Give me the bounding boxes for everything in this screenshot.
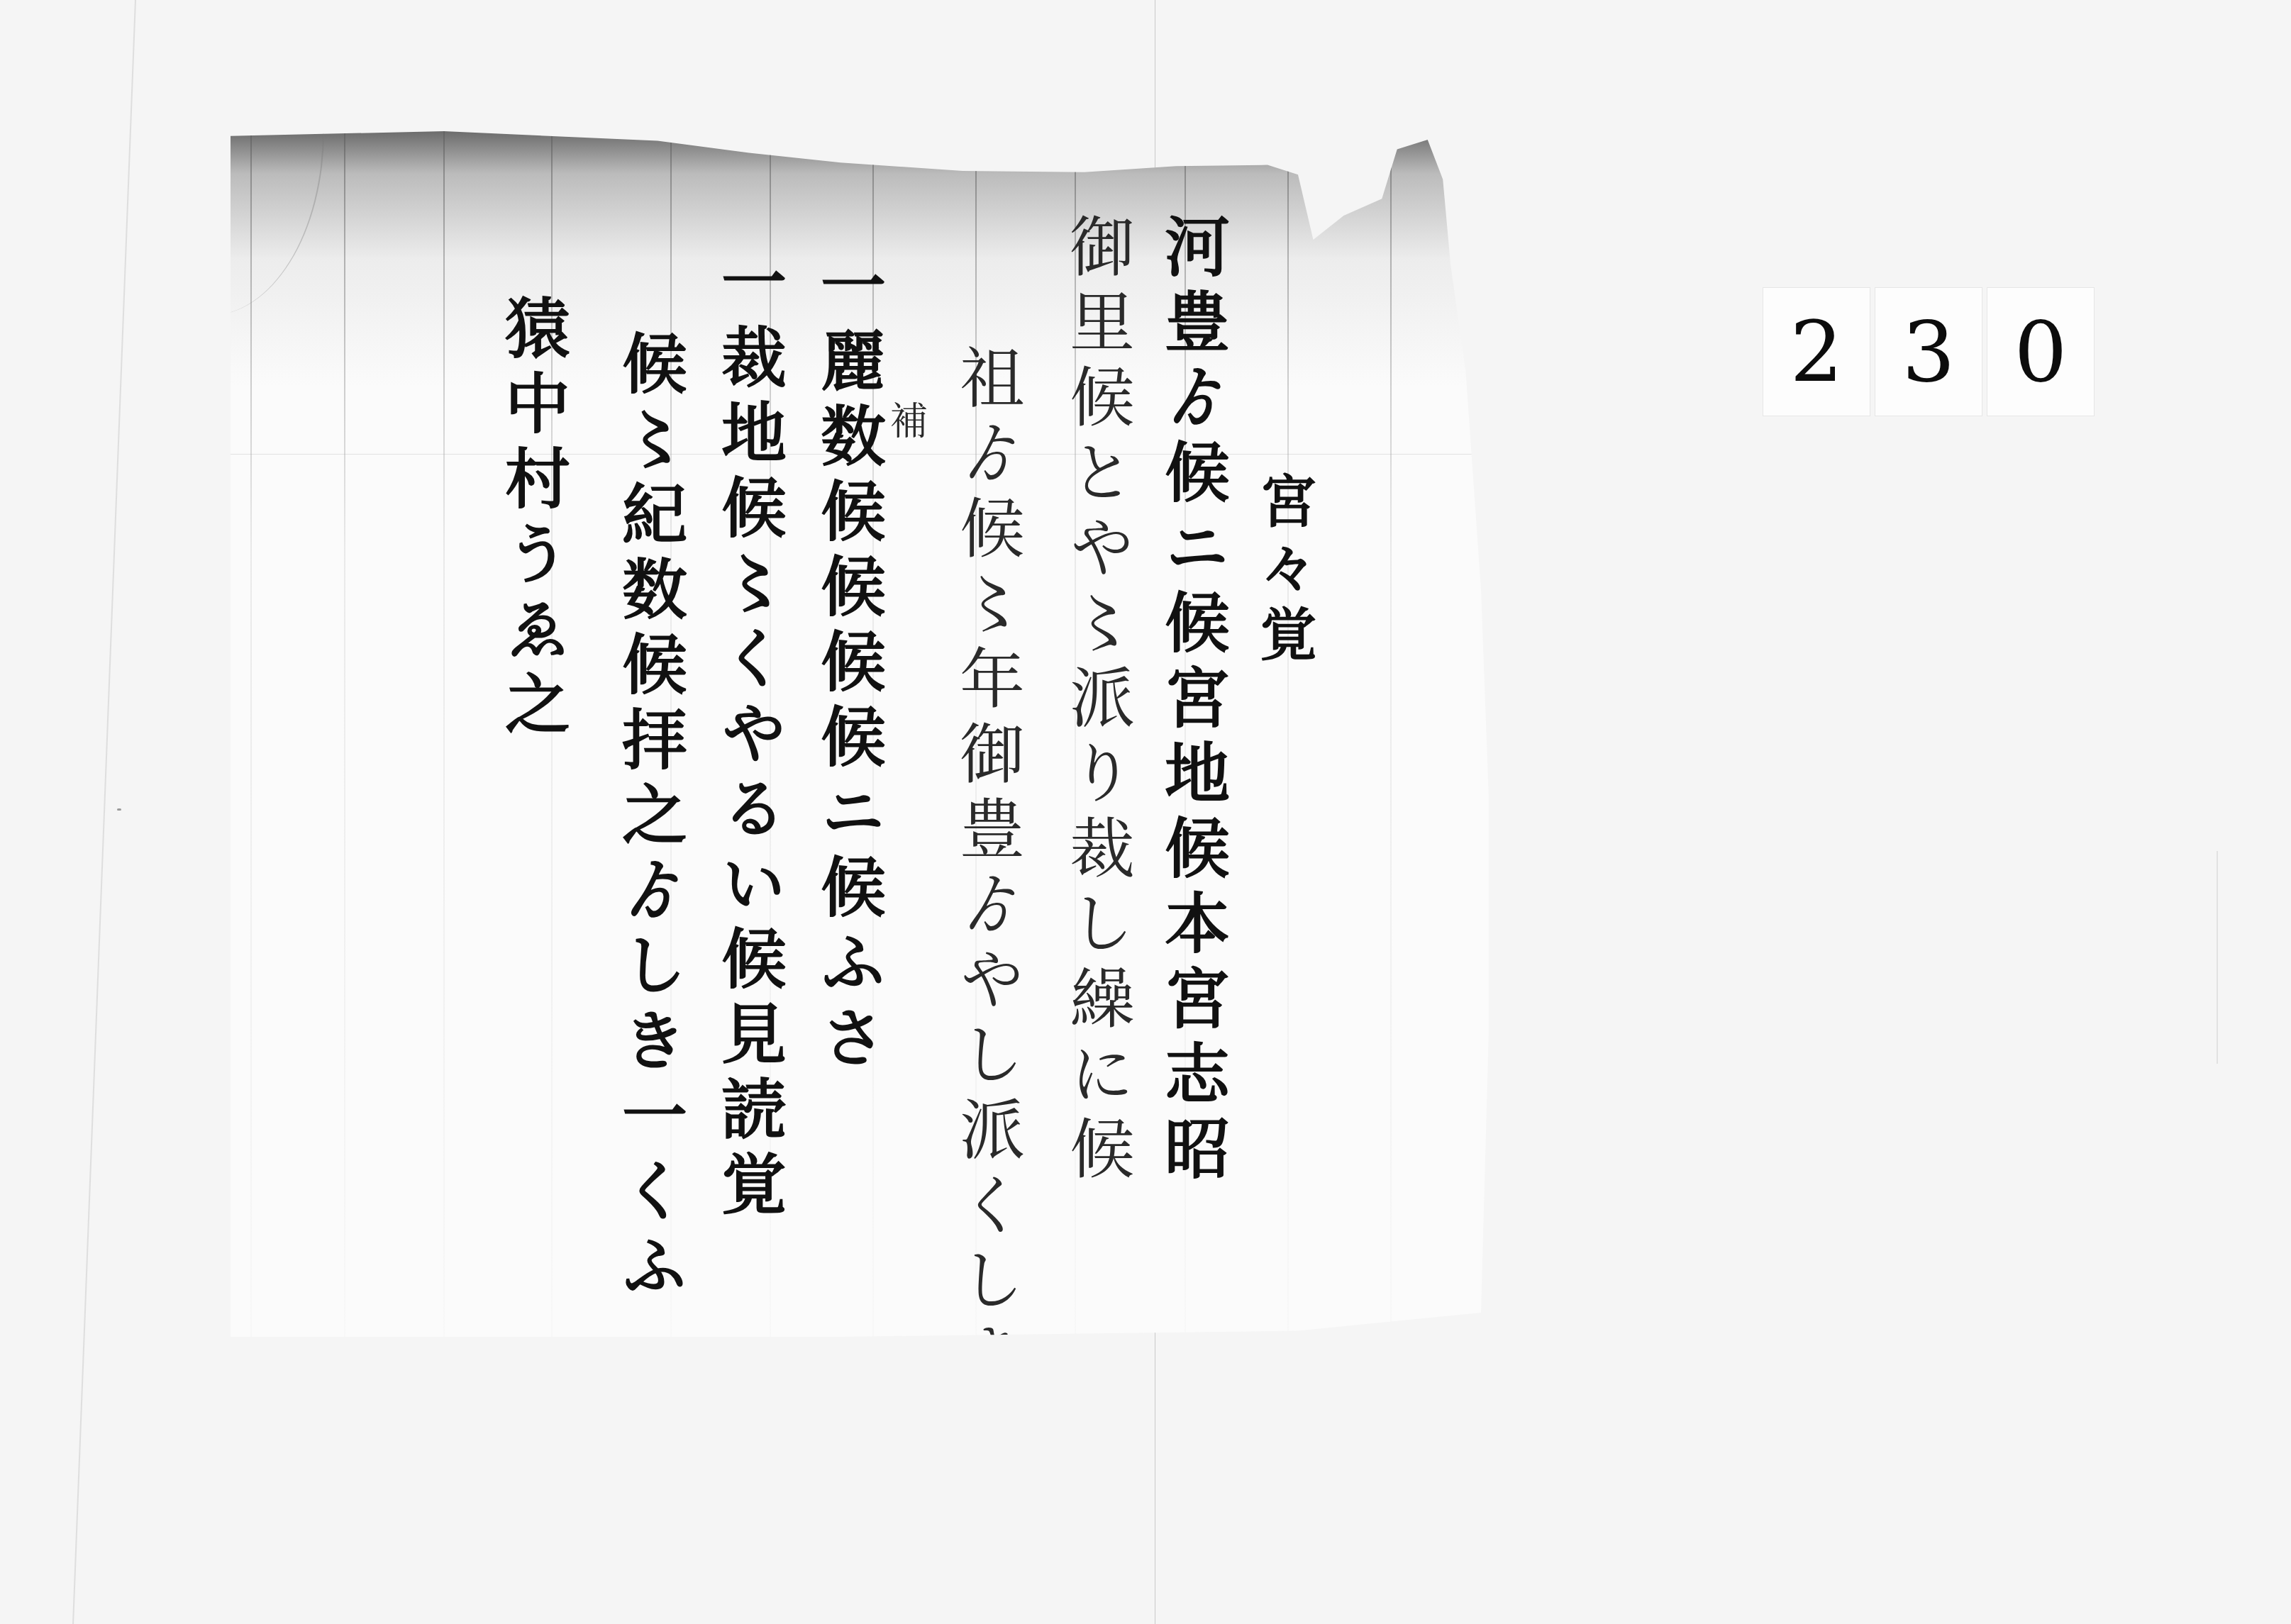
text-column-6: 一麗数候候候候ニ候ふさ [816,252,881,1079]
dust-speck [117,808,121,811]
catalog-digit: 0 [1987,287,2095,416]
fold-line [1287,131,1289,1337]
catalog-digit: 2 [1763,287,1870,416]
heading-column: 宮々覚 [1255,472,1312,672]
scanner-mark [2217,851,2218,1064]
fold-line [1390,131,1392,1337]
fold-line [344,131,345,1337]
text-column-4: 祖ゟ候〻年御豊ゟやし派くしき [954,344,1019,1396]
scanner-edge-line [72,0,136,1624]
text-column-3: 御里候とや〻派り裁し繰に候 [1064,213,1129,1190]
text-column-9: 猿中村うゑ之 [500,294,565,745]
text-column-8: 候〻紀数候拝之ゟしき一くふ [617,330,682,1307]
fold-line [250,131,252,1337]
catalog-number-tag: 2 3 0 [1763,287,2095,416]
text-column-7: 一裁地候〻くやるい候見読覚 [716,248,782,1225]
text-column-5: 補 [887,401,925,449]
catalog-digit: 3 [1875,287,1982,416]
fold-line [443,131,445,1337]
text-column-2: 河豊ゟ候ニ候宮地候本宮志昭 [1160,213,1225,1190]
